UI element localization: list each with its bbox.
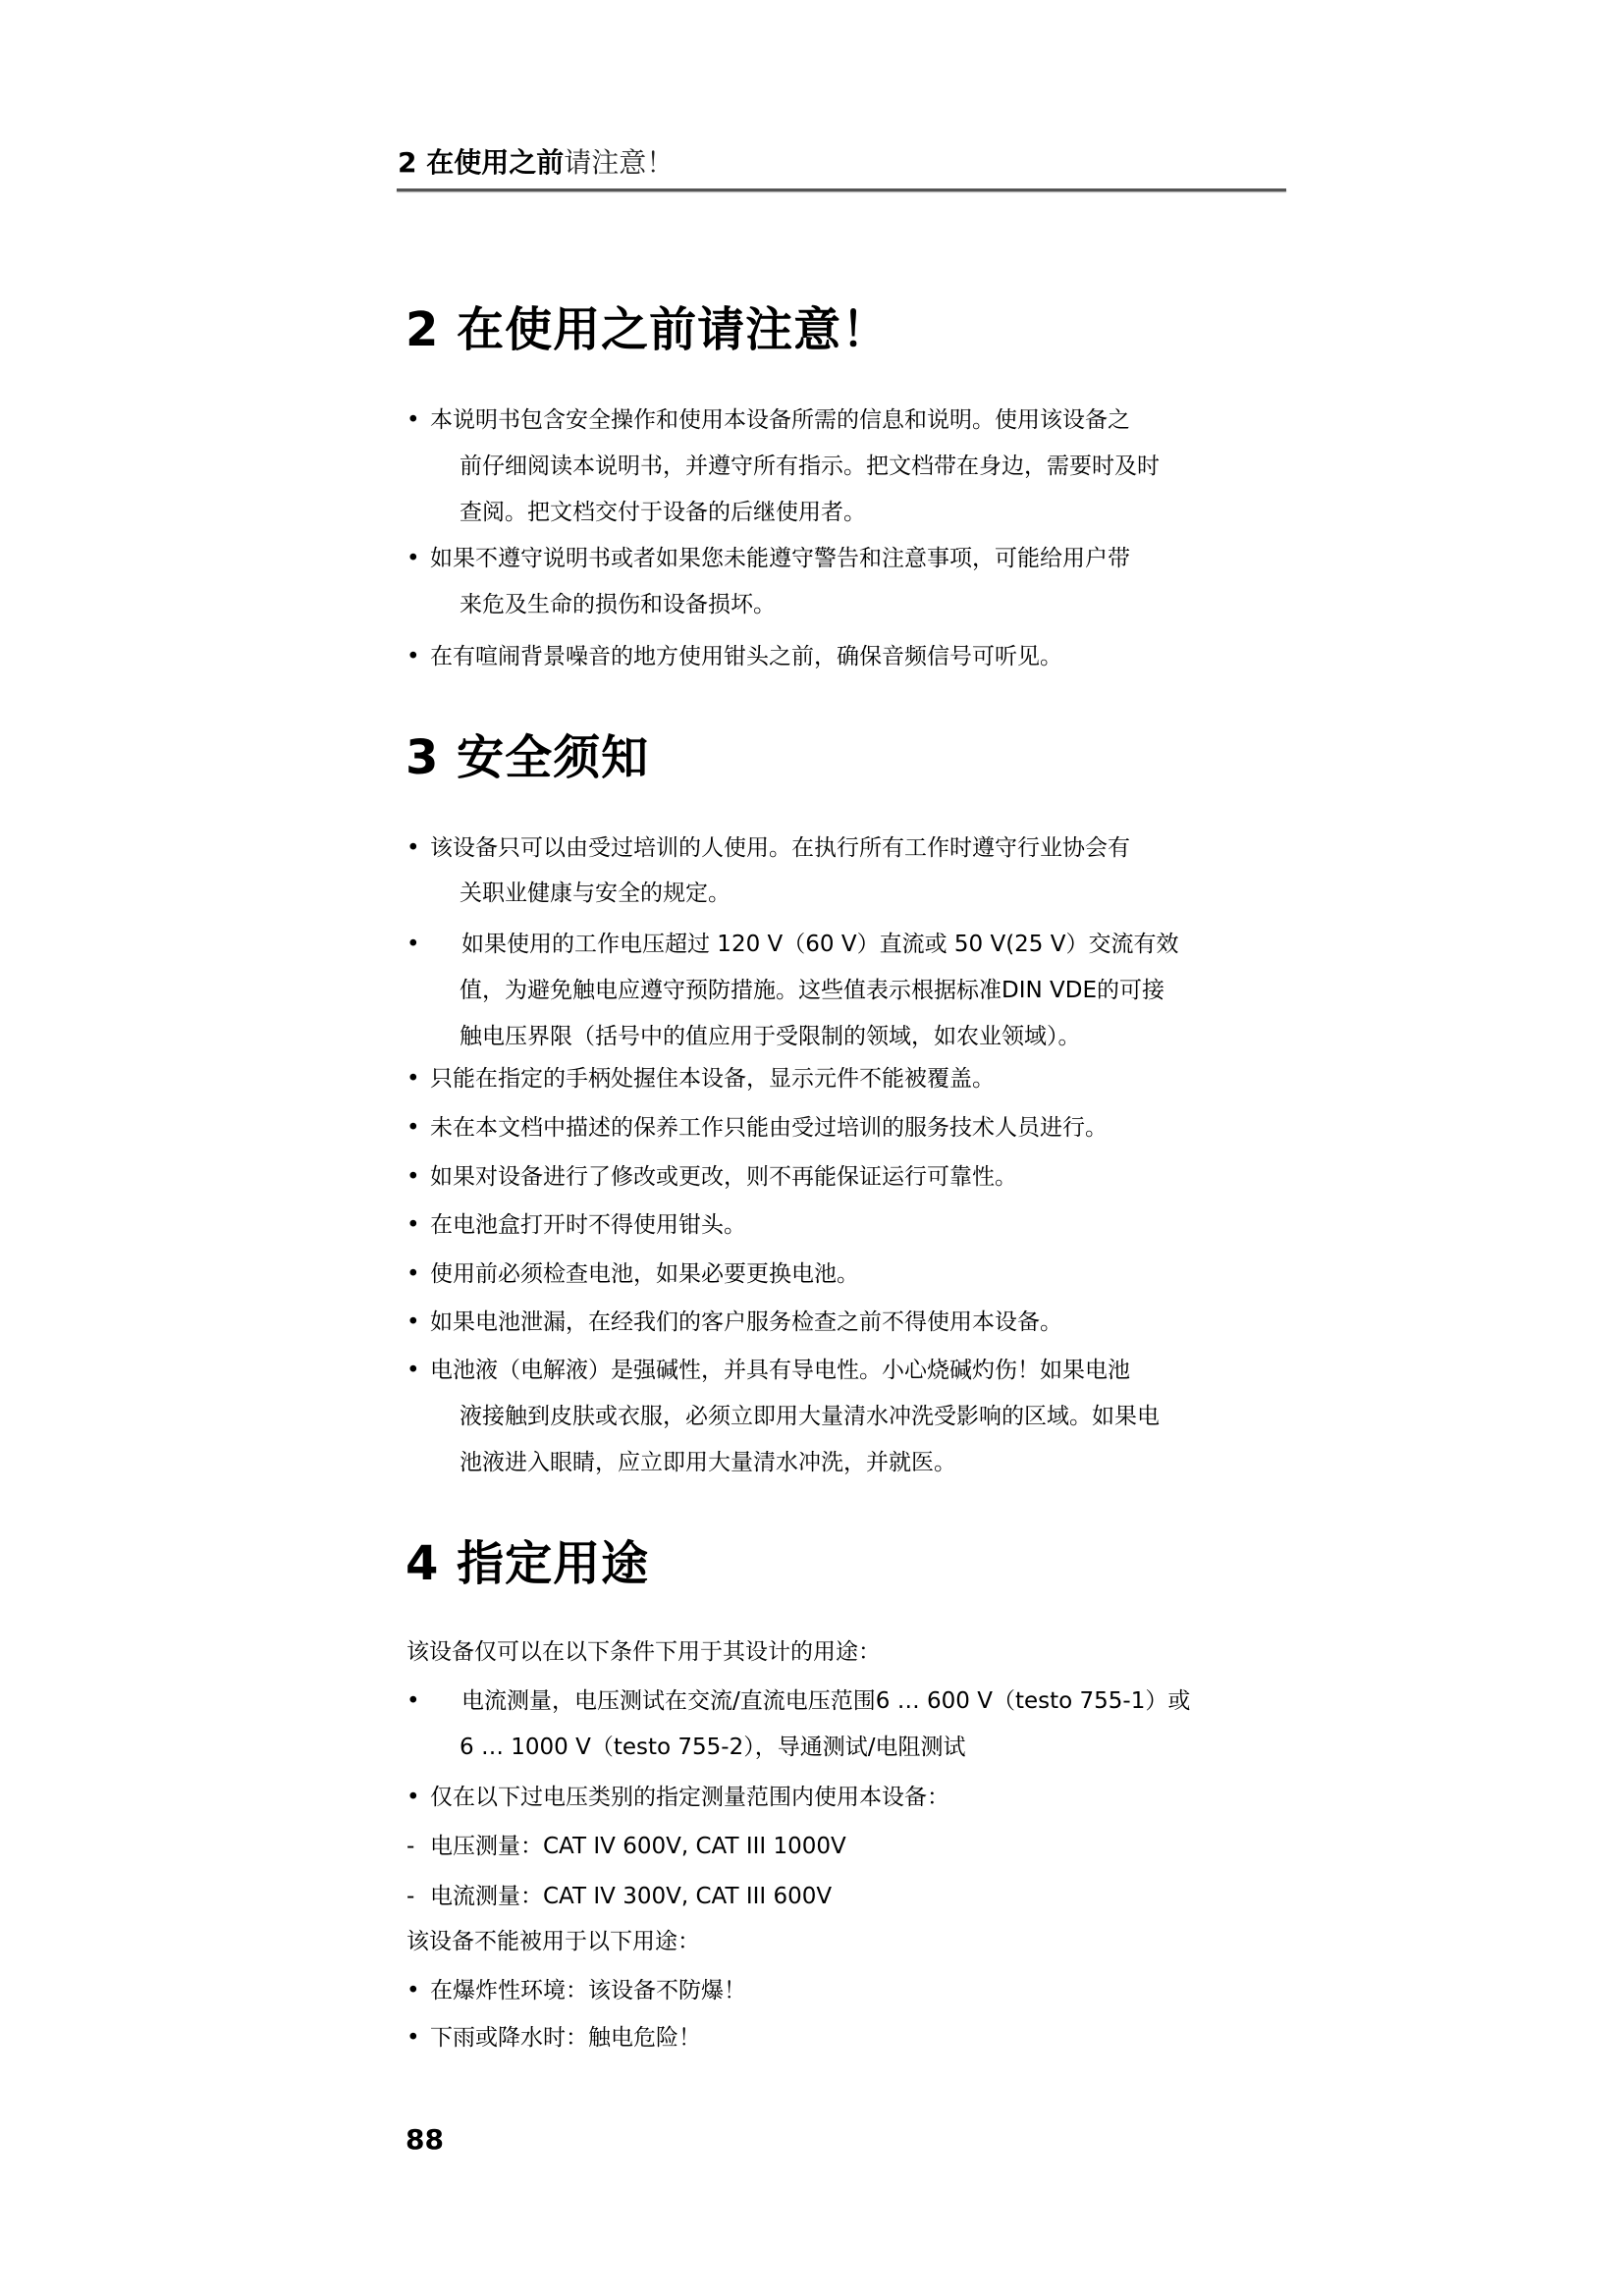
bullet-icon: •: [406, 1112, 420, 1144]
paragraph-line: 如果电池泄漏，在经我们的客户服务检查之前不得使用本设备。: [430, 1307, 1062, 1338]
section-heading-3: 3 安全须知: [406, 728, 649, 787]
paragraph-line: 在电池盒打开时不得使用钳头。: [430, 1209, 746, 1241]
bullet-icon: •: [406, 929, 420, 960]
paragraph-line: 在有喧闹背景噪音的地方使用钳头之前，确保音频信号可听见。: [430, 641, 1062, 672]
bullet-icon: •: [406, 1685, 420, 1717]
paragraph-line: 前仔细阅读本说明书，并遵守所有指示。把文档带在身边，需要时及时: [460, 451, 1160, 482]
bullet-icon: •: [406, 1355, 420, 1386]
paragraph-line: 未在本文档中描述的保养工作只能由受过培训的服务技术人员进行。: [430, 1112, 1108, 1144]
paragraph-line: 关职业健康与安全的规定。: [460, 878, 731, 909]
paragraph-line: 在爆炸性环境：该设备不防爆！: [430, 1975, 746, 2006]
paragraph-line: 电流测量，电压测试在交流/直流电压范围6 … 600 V（testo 755-1…: [461, 1685, 1190, 1717]
paragraph-line: 该设备仅可以在以下条件下用于其设计的用途：: [406, 1636, 881, 1668]
bullet-icon: •: [406, 404, 420, 436]
bullet-icon: •: [406, 1307, 420, 1338]
running-header-light: 请注意！: [564, 146, 674, 179]
paragraph-line: 查阅。把文档交付于设备的后继使用者。: [460, 497, 866, 528]
document-page: 2 在使用之前请注意！ 2 在使用之前请注意！ • 本说明书包含安全操作和使用本…: [0, 0, 1624, 2296]
bullet-icon: •: [406, 832, 420, 864]
paragraph-line: 该设备不能被用于以下用途：: [406, 1926, 700, 1957]
paragraph-line: 如果使用的工作电压超过 120 V（60 V）直流或 50 V(25 V）交流有…: [461, 929, 1178, 960]
paragraph-line: 6 … 1000 V（testo 755-2），导通测试/电阻测试: [460, 1732, 965, 1763]
bullet-icon: •: [406, 1258, 420, 1290]
paragraph-line: 如果不遵守说明书或者如果您未能遵守警告和注意事项，可能给用户带: [430, 543, 1130, 574]
header-divider: [397, 188, 1286, 191]
bullet-icon: •: [406, 1161, 420, 1193]
bullet-icon: •: [406, 1782, 420, 1813]
paragraph-line: 电池液（电解液）是强碱性，并具有导电性。小心烧碱灼伤！如果电池: [430, 1355, 1130, 1386]
bullet-icon: •: [406, 2022, 420, 2054]
paragraph-line: 液接触到皮肤或衣服，必须立即用大量清水冲洗受影响的区域。如果电: [460, 1401, 1160, 1432]
dash-icon: -: [406, 1831, 414, 1862]
paragraph-line: 下雨或降水时：触电危险！: [430, 2022, 701, 2054]
bullet-icon: •: [406, 1975, 420, 2006]
paragraph-line: 来危及生命的损伤和设备损坏。: [460, 589, 776, 620]
paragraph-line: 只能在指定的手柄处握住本设备，显示元件不能被覆盖。: [430, 1063, 995, 1095]
bullet-icon: •: [406, 641, 420, 672]
page-number: 88: [406, 2122, 444, 2158]
paragraph-line: 如果对设备进行了修改或更改，则不再能保证运行可靠性。: [430, 1161, 1017, 1193]
paragraph-line: 仅在以下过电压类别的指定测量范围内使用本设备：: [430, 1782, 949, 1813]
paragraph-line: 本说明书包含安全操作和使用本设备所需的信息和说明。使用该设备之: [430, 404, 1130, 436]
paragraph-line: 触电压界限（括号中的值应用于受限制的领域，如农业领域）。: [460, 1021, 1081, 1052]
paragraph-line: 池液进入眼睛，应立即用大量清水冲洗，并就医。: [460, 1447, 956, 1478]
running-header: 2 在使用之前请注意！: [398, 145, 674, 181]
paragraph-line: 电压测量：CAT IV 600V, CAT III 1000V: [430, 1831, 846, 1862]
paragraph-line: 该设备只可以由受过培训的人使用。在执行所有工作时遵守行业协会有: [430, 832, 1130, 864]
paragraph-line: 值，为避免触电应遵守预防措施。这些值表示根据标准DIN VDE的可接: [460, 975, 1164, 1006]
running-header-bold: 2 在使用之前: [398, 146, 564, 179]
section-heading-4: 4 指定用途: [406, 1534, 649, 1593]
paragraph-line: 电流测量：CAT IV 300V, CAT III 600V: [430, 1881, 832, 1912]
paragraph-line: 使用前必须检查电池，如果必要更换电池。: [430, 1258, 859, 1290]
section-heading-2: 2 在使用之前请注意！: [406, 300, 890, 359]
bullet-icon: •: [406, 1063, 420, 1095]
bullet-icon: •: [406, 543, 420, 574]
bullet-icon: •: [406, 1209, 420, 1241]
dash-icon: -: [406, 1881, 414, 1912]
